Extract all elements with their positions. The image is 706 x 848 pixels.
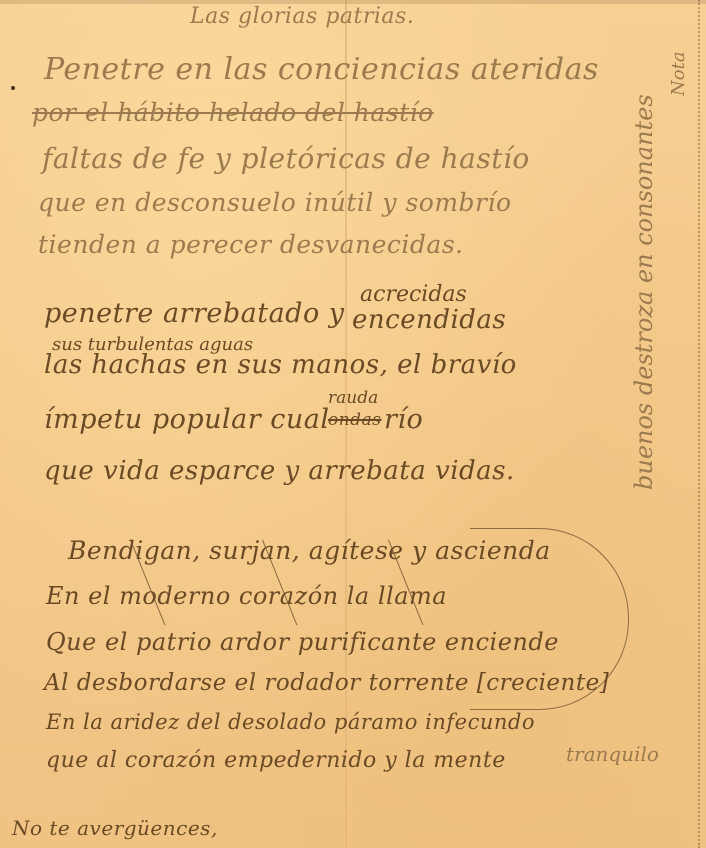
- stanza1-line1: Penetre en las conciencias ateridas: [44, 52, 599, 87]
- stanza2-line2: las hachas en sus manos, el bravío: [44, 350, 517, 380]
- stanza2-line4: que vida esparce y arrebata vidas.: [44, 456, 515, 486]
- margin-note-upper: Nota: [668, 51, 689, 96]
- stanza2-line3-struck: ondas: [328, 410, 381, 430]
- stanza2-line3-start: ímpetu popular cual: [44, 404, 330, 435]
- stanza2-line1: penetre arrebatado y: [44, 298, 345, 329]
- stanza2-line3-end: río: [384, 404, 423, 435]
- manuscript-page: Las glorias patrias. Penetre en las conc…: [0, 0, 706, 848]
- stanza3-insert: tranquilo: [566, 742, 659, 766]
- stanza3-line2: En el moderno corazón la llama: [46, 582, 447, 610]
- stanza2-line1-end: encendidas: [352, 305, 506, 335]
- stanza1-line5: tienden a perecer desvanecidas.: [38, 230, 464, 259]
- footer-line: No te avergüences,: [12, 816, 218, 840]
- stanza1-line2-struck: por el hábito helado del hastío: [32, 98, 434, 127]
- manuscript-title: Las glorias patrias.: [190, 4, 414, 29]
- stanza3-line5: En la aridez del desolado páramo infecun…: [46, 710, 535, 734]
- stanza3-line6: que al corazón empedernido y la mente: [46, 748, 506, 773]
- margin-note-vertical: buenos destroza en consonantes: [630, 94, 658, 490]
- paper-torn-edge: [696, 0, 700, 848]
- stanza1-line3: faltas de fe y pletóricas de hastío: [42, 142, 530, 175]
- stanza2-line3-insert: rauda: [328, 388, 378, 408]
- ink-spot: [11, 86, 15, 90]
- stanza2-line1-insert: acrecidas: [360, 282, 467, 307]
- stanza1-line4: que en desconsuelo inútil y sombrío: [38, 188, 512, 217]
